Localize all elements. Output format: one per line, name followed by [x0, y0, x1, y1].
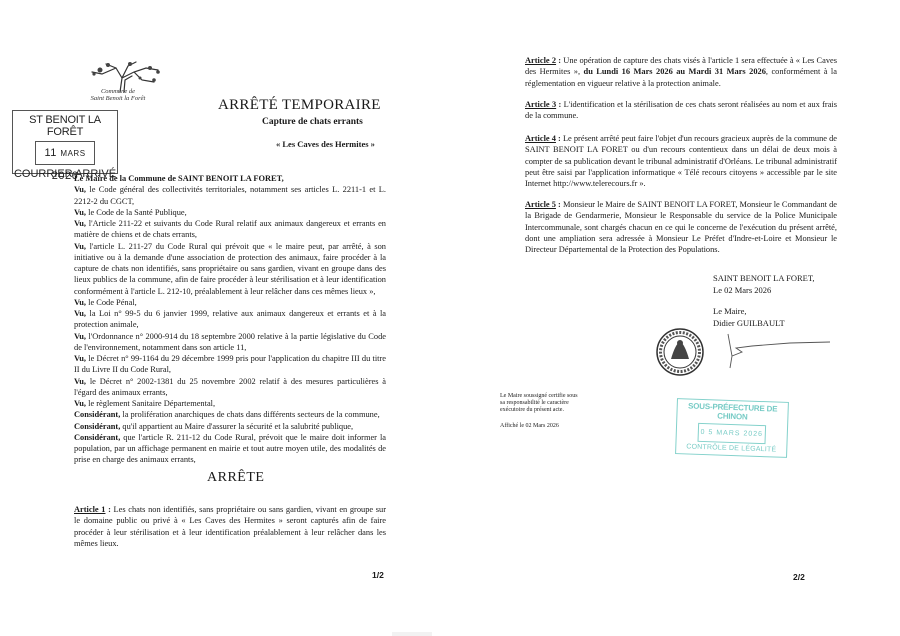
clause-lead: Vu,: [74, 208, 86, 217]
preamble-clause: Vu, l'Article 211-22 et suivants du Code…: [74, 218, 386, 241]
preamble-clause: Considérant, que l'article R. 211-12 du …: [74, 432, 386, 466]
clause-lead: Vu,: [74, 354, 86, 363]
certification-line: exécutoire du présent acte.: [500, 407, 578, 414]
clause-text: le Code Pénal,: [86, 298, 137, 307]
clause-lead: Vu,: [74, 332, 86, 341]
article-3: Article 3 : L'identification et la stéri…: [525, 99, 837, 122]
prefecture-stamp-label: CONTRÔLE DE LÉGALITÉ: [676, 443, 786, 454]
posted-date: Affiché le 02 Mars 2026: [500, 423, 578, 430]
clause-text: le règlement Sanitaire Départemental,: [86, 399, 215, 408]
preamble-clause: Vu, le règlement Sanitaire Départemental…: [74, 398, 386, 409]
article-1: Article 1 : Les chats non identifiés, sa…: [74, 504, 386, 549]
article-5: Article 5 : Monsieur le Maire de SAINT B…: [525, 199, 837, 255]
logo-caption: Commune de Saint Benoit la Forêt: [82, 88, 154, 102]
article-separator: :: [556, 200, 563, 209]
article-5-text: Monsieur le Maire de SAINT BENOIT LA FOR…: [525, 200, 837, 254]
prefecture-stamp-title: SOUS-PRÉFECTURE DE CHINON: [677, 401, 788, 423]
signature-place: SAINT BENOIT LA FORET,: [713, 273, 815, 285]
article-1-label: Article 1: [74, 505, 105, 514]
certification-line: sa responsabilité le caractère: [500, 400, 578, 407]
clause-lead: Vu,: [74, 219, 86, 228]
preamble-clause: Considérant, qu'il appartient au Maire d…: [74, 421, 386, 432]
preamble: Le Maire de la Commune de SAINT BENOIT L…: [74, 173, 386, 466]
clause-text: le Décret n° 2002-1381 du 25 novembre 20…: [74, 377, 386, 397]
document-page-1: Commune de Saint Benoit la Forêt ST BENO…: [0, 0, 450, 636]
clause-text: l'Article 211-22 et suivants du Code Rur…: [74, 219, 386, 239]
preamble-clause: Vu, le Décret n° 2002-1381 du 25 novembr…: [74, 376, 386, 399]
stamp-commune-name: ST BENOIT LA FORÊT: [13, 114, 117, 138]
clause-lead: Le Maire de la Commune de SAINT BENOIT L…: [74, 174, 284, 183]
preamble-clause: Vu, le Code général des collectivités te…: [74, 184, 386, 207]
clause-lead: Vu,: [74, 298, 86, 307]
clause-lead: Vu,: [74, 242, 86, 251]
tree-icon: [80, 58, 170, 110]
arrete-heading: ARRÊTE: [207, 470, 264, 486]
clause-text: le Décret n° 99-1164 du 29 décembre 1999…: [74, 354, 386, 374]
handwritten-signature-icon: [690, 330, 840, 370]
clause-lead: Vu,: [74, 399, 86, 408]
signature-block: SAINT BENOIT LA FORET, Le 02 Mars 2026 L…: [713, 273, 815, 329]
page-number: 2/2: [793, 572, 805, 582]
stamp-month: MARS: [60, 149, 85, 158]
article-2-dates: du Lundi 16 Mars 2026 au Mardi 31 Mars 2…: [584, 67, 766, 76]
received-mail-stamp: ST BENOIT LA FORÊT 11 MARS 2026 COURRIER…: [12, 110, 118, 174]
article-4: Article 4 : Le présent arrêté peut faire…: [525, 133, 837, 189]
article-4-label: Article 4: [525, 134, 556, 143]
document-subtitle: Capture de chats errants: [262, 117, 363, 127]
certification-note: Le Maire soussigné certifie sous sa resp…: [500, 393, 578, 430]
preamble-clause: Vu, le Code Pénal,: [74, 297, 386, 308]
article-1-text: Les chats non identifiés, sans propriéta…: [74, 505, 386, 548]
prefecture-stamp: SOUS-PRÉFECTURE DE CHINON 0 5 MARS 2026 …: [675, 398, 789, 458]
clause-text: que l'article R. 211-12 du Code Rural, p…: [74, 433, 386, 465]
preamble-clause: Vu, l'article L. 211-27 du Code Rural qu…: [74, 241, 386, 297]
article-separator: :: [556, 100, 563, 109]
article-2: Article 2 : Une opération de capture des…: [525, 55, 837, 89]
prefecture-stamp-date: 0 5 MARS 2026: [697, 423, 766, 444]
clause-lead: Vu,: [74, 377, 86, 386]
stamp-date: 11 MARS 2026: [35, 141, 95, 165]
article-separator: :: [556, 134, 563, 143]
document-title: ARRÊTÉ TEMPORAIRE: [218, 97, 381, 114]
article-3-text: L'identification et la stérilisation de …: [525, 100, 837, 120]
stamp-day: 11: [44, 147, 56, 159]
clause-text: l'article L. 211-27 du Code Rural qui pr…: [74, 242, 386, 296]
article-3-label: Article 3: [525, 100, 556, 109]
article-4-text: Le présent arrêté peut faire l'objet d'u…: [525, 134, 837, 188]
signature-date: Le 02 Mars 2026: [713, 285, 815, 297]
clause-lead: Considérant,: [74, 433, 120, 442]
preamble-clause: Vu, l'Ordonnance n° 2000-914 du 18 septe…: [74, 331, 386, 354]
page-number: 1/2: [372, 570, 384, 580]
preamble-clause: Vu, le Code de la Santé Publique,: [74, 207, 386, 218]
preamble-clause: Considérant, la prolifération anarchique…: [74, 409, 386, 420]
clause-text: qu'il appartient au Maire d'assurer la s…: [120, 422, 353, 431]
clause-lead: Vu,: [74, 309, 86, 318]
document-page-2: Article 2 : Une opération de capture des…: [450, 0, 900, 636]
logo-caption-line2: Saint Benoit la Forêt: [82, 95, 154, 102]
clause-text: l'Ordonnance n° 2000-914 du 18 septembre…: [74, 332, 386, 352]
clause-text: le Code général des collectivités territ…: [74, 185, 386, 205]
mayor-heading: Le Maire de la Commune de SAINT BENOIT L…: [74, 173, 386, 184]
preamble-clause: Vu, le Décret n° 99-1164 du 29 décembre …: [74, 353, 386, 376]
clause-text: le Code de la Santé Publique,: [86, 208, 187, 217]
clause-lead: Considérant,: [74, 422, 120, 431]
viewer-edge: [392, 632, 432, 636]
preamble-clause: Vu, la Loi n° 99-5 du 6 janvier 1999, re…: [74, 308, 386, 331]
logo-caption-line1: Commune de: [82, 88, 154, 95]
clause-text: la Loi n° 99-5 du 6 janvier 1999, relati…: [74, 309, 386, 329]
clause-lead: Considérant,: [74, 410, 120, 419]
signatory-role: Le Maire,: [713, 306, 815, 318]
signatory-name: Didier GUILBAULT: [713, 318, 815, 330]
certification-line: Le Maire soussigné certifie sous: [500, 393, 578, 400]
article-2-label: Article 2: [525, 56, 556, 65]
clause-lead: Vu,: [74, 185, 86, 194]
location-name: « Les Caves des Hermites »: [276, 139, 375, 149]
clause-text: la prolifération anarchiques de chats da…: [120, 410, 379, 419]
article-5-label: Article 5: [525, 200, 556, 209]
article-separator: :: [105, 505, 113, 514]
